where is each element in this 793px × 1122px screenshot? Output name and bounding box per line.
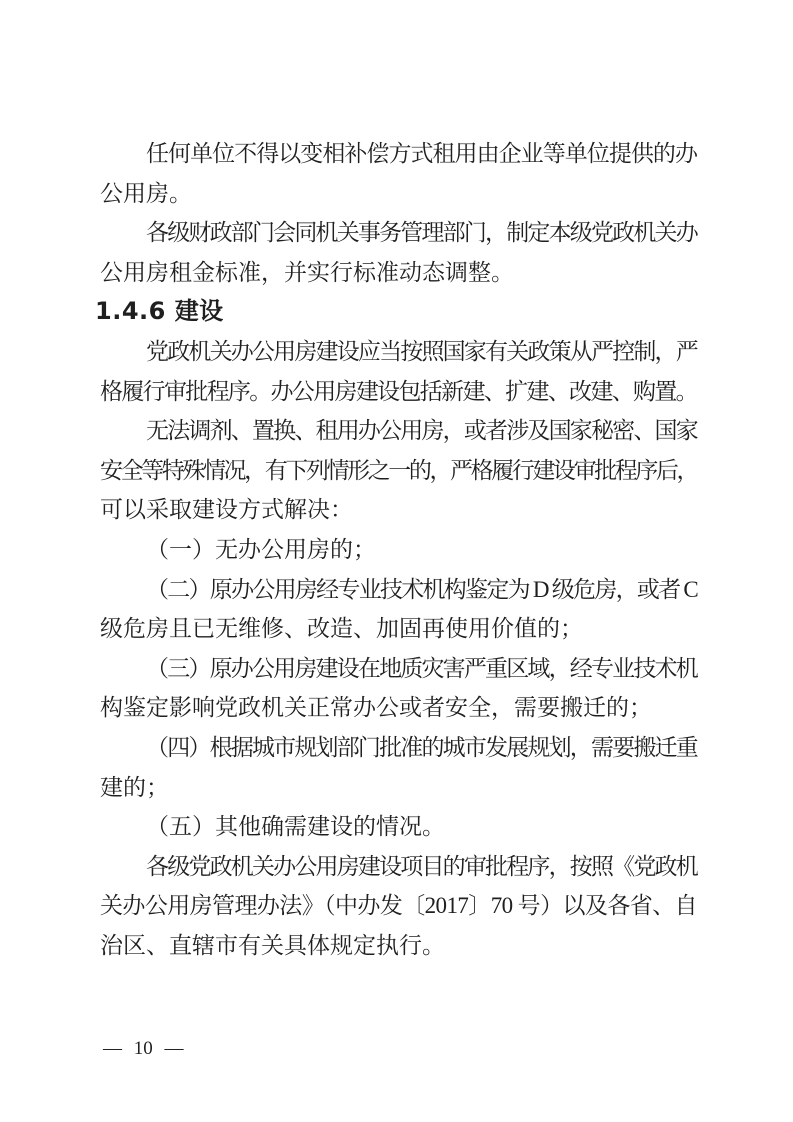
- text-line: 党政机关办公用房建设应当按照国家有关政策从严控制，严: [100, 332, 697, 372]
- text-line-text: 构鉴定影响党政机关正常办公或者安全，需要搬迁的；: [100, 688, 652, 728]
- document-body: 任何单位不得以变相补偿方式租用由企业等单位提供的办公用房。各级财政部门会同机关事…: [100, 134, 697, 965]
- text-line-text: （二）原办公用房经专业技术机构鉴定为 D 级危房，或者 C: [146, 570, 697, 610]
- section-heading-text: 1.4.6 建设: [95, 292, 224, 332]
- section-heading: 1.4.6 建设: [95, 292, 697, 332]
- text-line-text: 任何单位不得以变相补偿方式租用由企业等单位提供的办: [146, 134, 697, 174]
- text-line: 治区、直辖市有关具体规定执行。: [100, 926, 697, 966]
- text-line: 公用房租金标准，并实行标准动态调整。: [100, 253, 697, 293]
- text-line-text: 无法调剂、置换、租用办公用房，或者涉及国家秘密、国家: [146, 411, 697, 451]
- text-line: 各级财政部门会同机关事务管理部门，制定本级党政机关办: [100, 213, 697, 253]
- text-line-text: （三）原办公用房建设在地质灾害严重区域，经专业技术机: [146, 649, 697, 689]
- text-line: 安全等特殊情况，有下列情形之一的，严格履行建设审批程序后，: [100, 451, 697, 491]
- text-line: （一）无办公用房的；: [100, 530, 697, 570]
- text-line-text: 公用房。: [100, 174, 192, 214]
- text-line-text: 治区、直辖市有关具体规定执行。: [100, 926, 445, 966]
- text-line-text: 安全等特殊情况，有下列情形之一的，严格履行建设审批程序后，: [100, 451, 697, 491]
- text-line: 任何单位不得以变相补偿方式租用由企业等单位提供的办: [100, 134, 697, 174]
- document-page: 任何单位不得以变相补偿方式租用由企业等单位提供的办公用房。各级财政部门会同机关事…: [0, 0, 793, 1122]
- text-line: 无法调剂、置换、租用办公用房，或者涉及国家秘密、国家: [100, 411, 697, 451]
- text-line-text: 格履行审批程序。办公用房建设包括新建、扩建、改建、购置。: [100, 372, 697, 412]
- text-line: 公用房。: [100, 174, 697, 214]
- text-line: （四）根据城市规划部门批准的城市发展规划，需要搬迁重: [100, 728, 697, 768]
- text-line: 级危房且已无维修、改造、加固再使用价值的；: [100, 609, 697, 649]
- text-line-text: 关办公用房管理办法》（中办发〔2017〕70 号）以及各省、自: [100, 886, 697, 926]
- text-line: 各级党政机关办公用房建设项目的审批程序，按照《党政机: [100, 847, 697, 887]
- text-line: 关办公用房管理办法》（中办发〔2017〕70 号）以及各省、自: [100, 886, 697, 926]
- text-line: （二）原办公用房经专业技术机构鉴定为 D 级危房，或者 C: [100, 570, 697, 610]
- text-line-text: （五）其他确需建设的情况。: [146, 807, 445, 847]
- text-line: 建的；: [100, 768, 697, 808]
- text-line-text: 建的；: [100, 768, 169, 808]
- text-line-text: 可以采取建设方式解决：: [100, 490, 353, 530]
- text-line-text: 公用房租金标准，并实行标准动态调整。: [100, 253, 514, 293]
- text-line: 可以采取建设方式解决：: [100, 490, 697, 530]
- text-line: （五）其他确需建设的情况。: [100, 807, 697, 847]
- text-line: （三）原办公用房建设在地质灾害严重区域，经专业技术机: [100, 649, 697, 689]
- text-line-text: 各级党政机关办公用房建设项目的审批程序，按照《党政机: [146, 847, 697, 887]
- text-line-text: 各级财政部门会同机关事务管理部门，制定本级党政机关办: [146, 213, 697, 253]
- text-line: 格履行审批程序。办公用房建设包括新建、扩建、改建、购置。: [100, 372, 697, 412]
- text-line-text: （四）根据城市规划部门批准的城市发展规划，需要搬迁重: [146, 728, 697, 768]
- text-line-text: （一）无办公用房的；: [146, 530, 376, 570]
- page-number: — 10 —: [103, 1038, 184, 1059]
- page-footer: — 10 —: [103, 1038, 184, 1060]
- text-line-text: 党政机关办公用房建设应当按照国家有关政策从严控制，严: [146, 332, 697, 372]
- text-line: 构鉴定影响党政机关正常办公或者安全，需要搬迁的；: [100, 688, 697, 728]
- text-line-text: 级危房且已无维修、改造、加固再使用价值的；: [100, 609, 583, 649]
